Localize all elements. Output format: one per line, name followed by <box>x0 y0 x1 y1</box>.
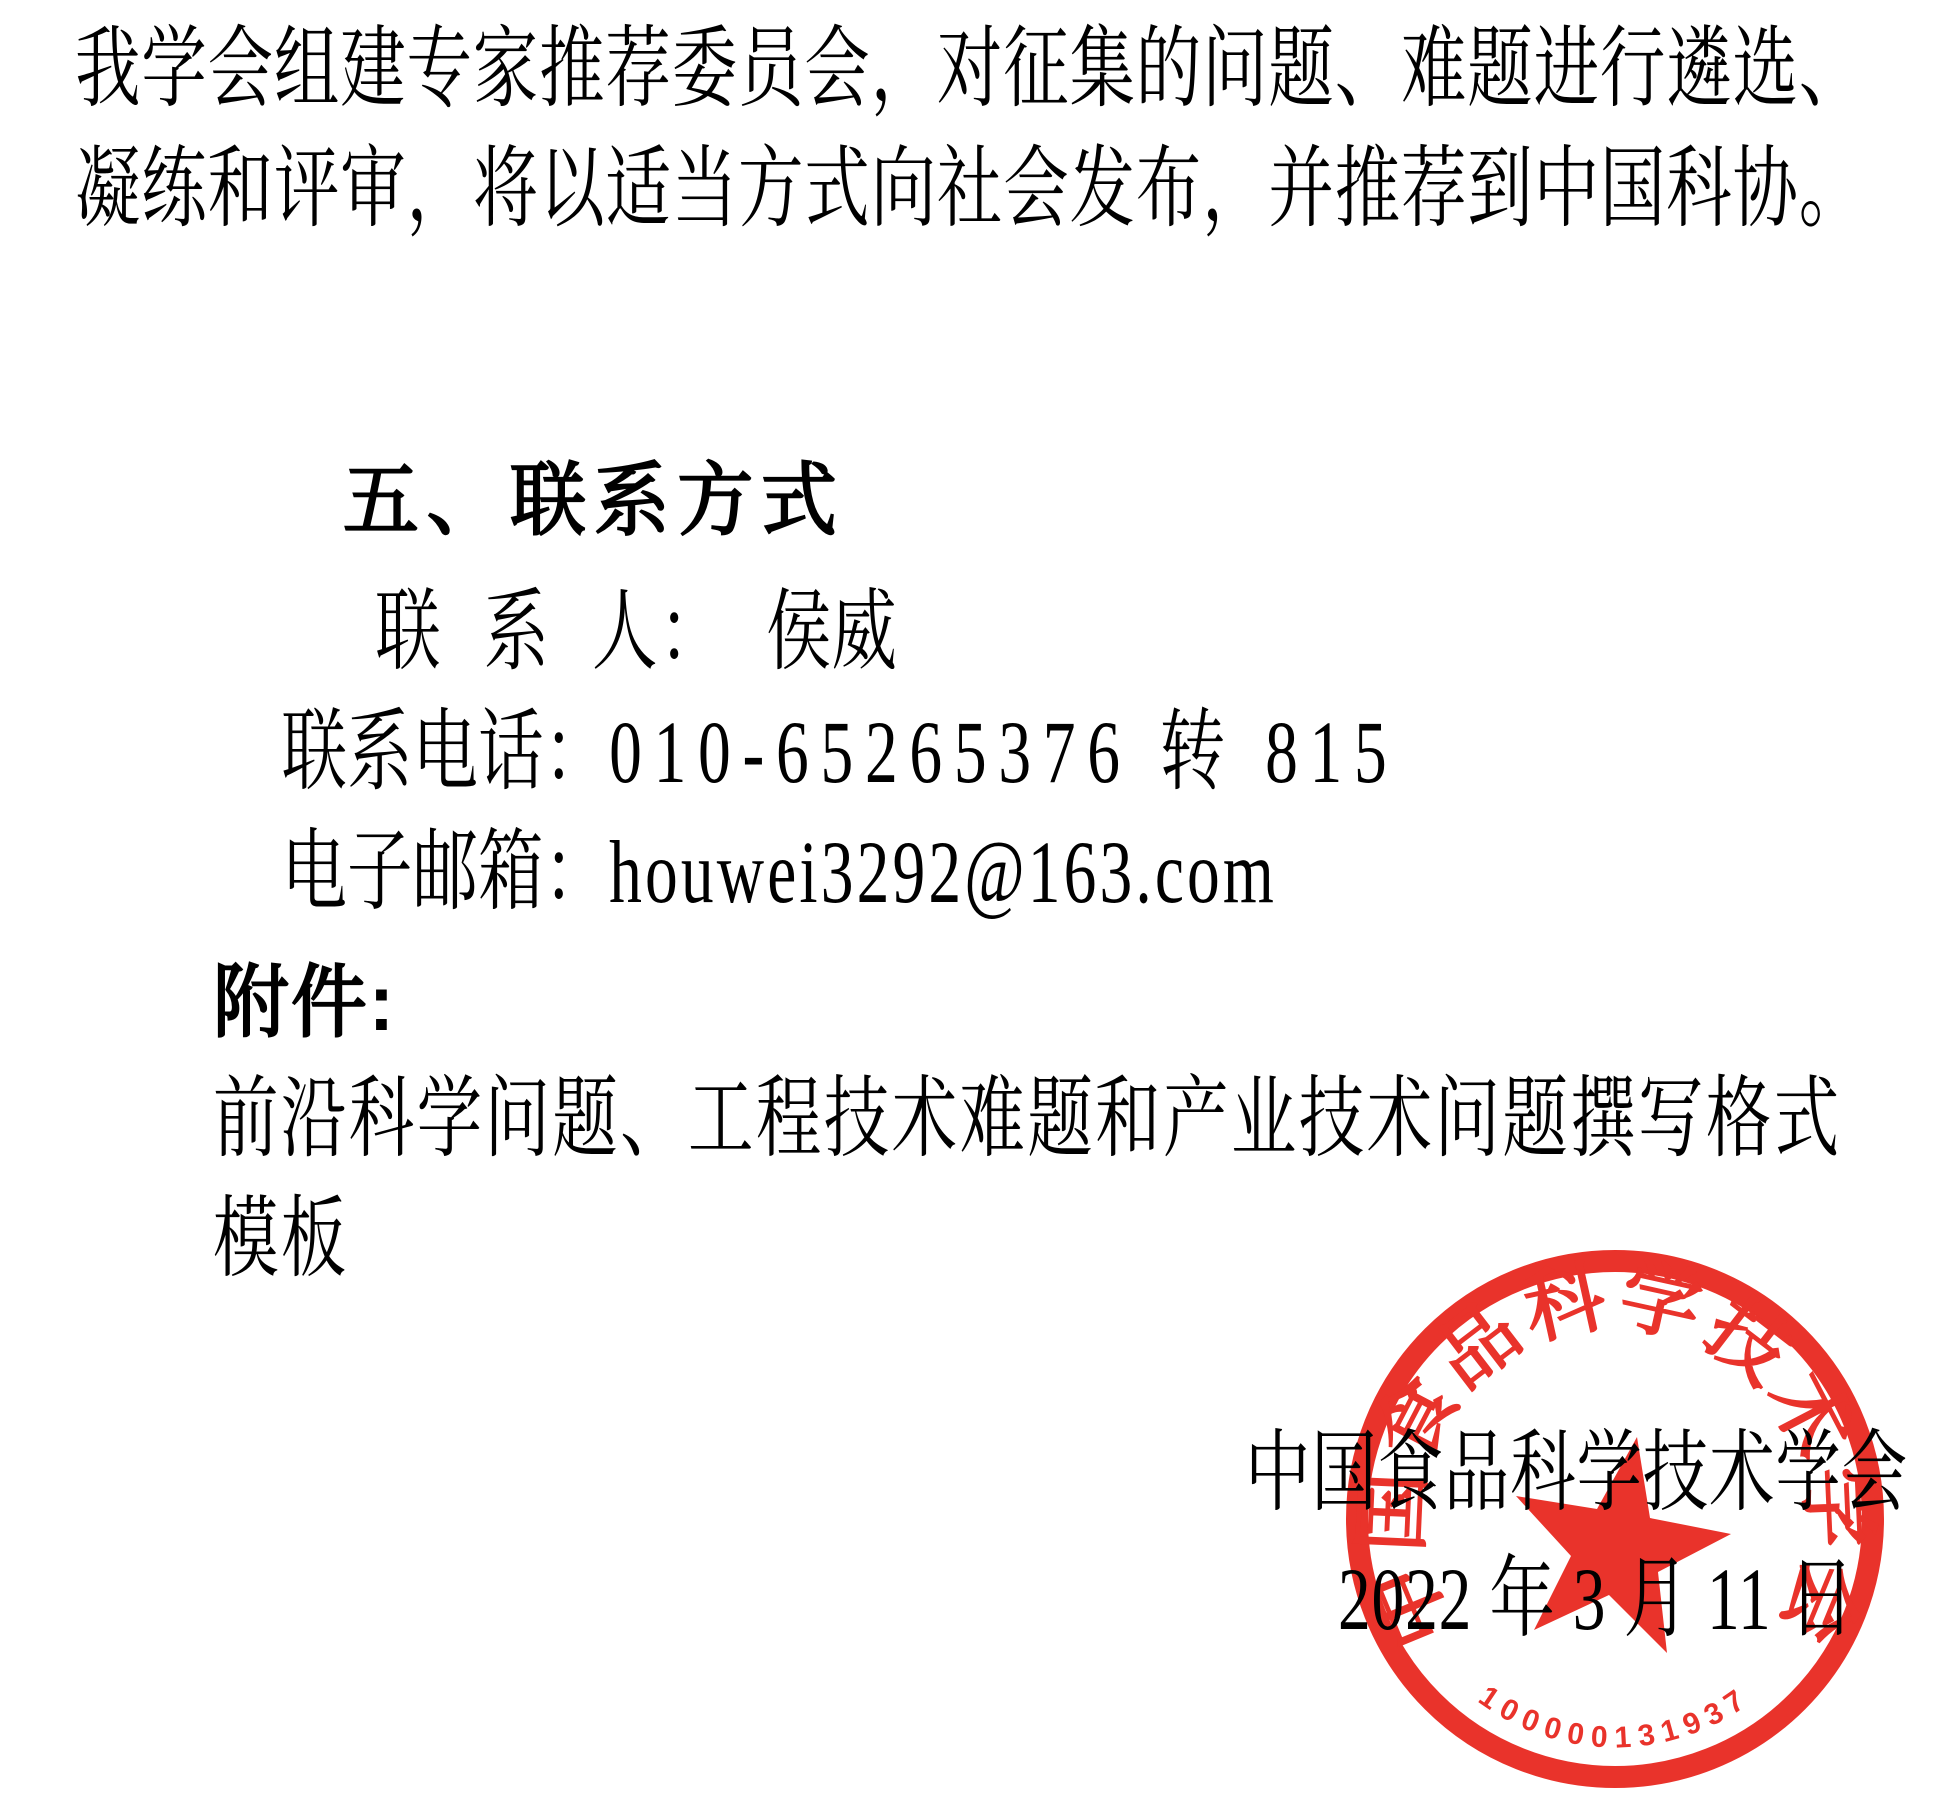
signature-date: 2022 年 3 月 11 日 <box>1338 1556 1855 1645</box>
seal-serial-textpath: 100000131937 <box>1473 1680 1757 1755</box>
signature-organization: 中国食品科学技术学会 <box>1245 1430 1908 1519</box>
paragraph-line-2: 凝练和评审，将以适当方式向社会发布，并推荐到中国科协。 <box>75 146 1865 235</box>
contact-email-value: houwei3292@163.com <box>609 824 1277 923</box>
seal-serial-number: 100000131937 <box>1473 1680 1757 1755</box>
attachment-label: 附件: <box>213 963 396 1043</box>
attachment-line-2: 模板 <box>213 1196 349 1285</box>
document-page: 我学会组建专家推荐委员会，对征集的问题、难题进行遴选、 凝练和评审，将以适当方式… <box>0 0 1936 1819</box>
attachment-line-1: 前沿科学问题、工程技术难题和产业技术问题撰写格式 <box>213 1076 1842 1165</box>
contact-email-label: 电子邮箱： <box>282 824 610 923</box>
paragraph-line-1: 我学会组建专家推荐委员会，对征集的问题、难题进行遴选、 <box>75 26 1865 115</box>
